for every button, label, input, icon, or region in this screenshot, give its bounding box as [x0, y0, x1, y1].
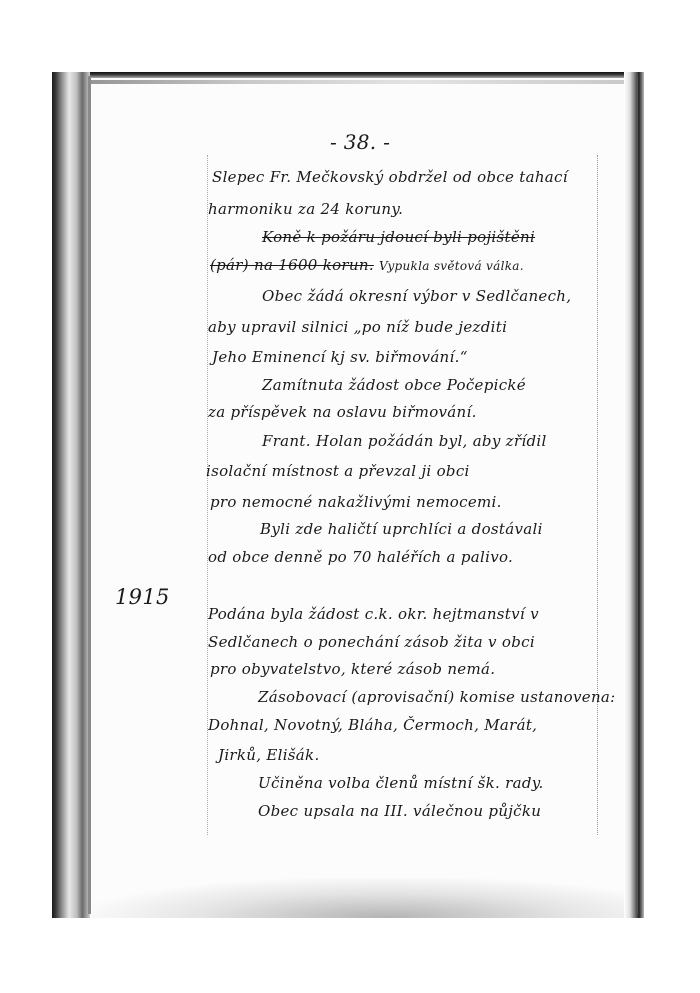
- text-line: Jeho Eminencí kj sv. biřmování.“: [212, 348, 468, 366]
- text-line: Obec upsala na III. válečnou půjčku: [258, 802, 541, 820]
- text-line: pro nemocné nakažlivými nemocemi.: [210, 493, 502, 511]
- text-line: Jirků, Elišák.: [218, 746, 320, 764]
- text-line: pro obyvatelstvo, které zásob nemá.: [210, 660, 495, 678]
- struck-text-line: Koně k požáru jdoucí byli pojištěni: [262, 228, 535, 246]
- text-line: Sedlčanech o ponechání zásob žita v obci: [208, 633, 535, 651]
- text-line: Zásobovací (aprovisační) komise ustanove…: [258, 688, 616, 706]
- page-right-edge: [624, 72, 644, 918]
- spine-line: [88, 76, 91, 914]
- page-number: - 38. -: [330, 130, 390, 154]
- text-line: Podána byla žádost c.k. okr. hejtmanství…: [208, 605, 539, 623]
- text-line: Dohnal, Novotný, Bláha, Čermoch, Marát,: [208, 716, 537, 734]
- text-line: Zamítnuta žádost obce Počepické: [262, 376, 526, 394]
- page-top-shadow: [78, 80, 636, 84]
- text-line: Obec žádá okresní výbor v Sedlčanech,: [262, 287, 571, 305]
- text-line: Slepec Fr. Mečkovský obdržel od obce tah…: [212, 168, 568, 186]
- text-line: Byli zde haličtí uprchlíci a dostávali: [260, 520, 543, 538]
- text-line: (pár) na 1600 korun. Vypukla světová vál…: [210, 256, 524, 274]
- book-spine: [52, 72, 90, 918]
- page-top-edge: [52, 72, 644, 78]
- margin-year: 1915: [115, 585, 170, 609]
- right-margin-rule: [597, 155, 599, 835]
- text-line: od obce denně po 70 haléřích a palivo.: [208, 548, 513, 566]
- text-line: aby upravil silnici „po níž bude jezditi: [208, 318, 507, 336]
- text-line: za příspěvek na oslavu biřmování.: [208, 403, 477, 421]
- text-line: Učiněna volba členů místní šk. rady.: [258, 774, 544, 792]
- text-line: harmoniku za 24 koruny.: [208, 200, 403, 218]
- struck-text: (pár) na 1600 korun.: [210, 256, 374, 274]
- bottom-stain: [92, 878, 624, 918]
- page-right-edge-line: [636, 76, 638, 914]
- text-line: Frant. Holan požádán byl, aby zřídil: [262, 432, 547, 450]
- text-line: isolační místnost a převzal ji obci: [206, 462, 470, 480]
- annotation: Vypukla světová válka.: [379, 259, 524, 273]
